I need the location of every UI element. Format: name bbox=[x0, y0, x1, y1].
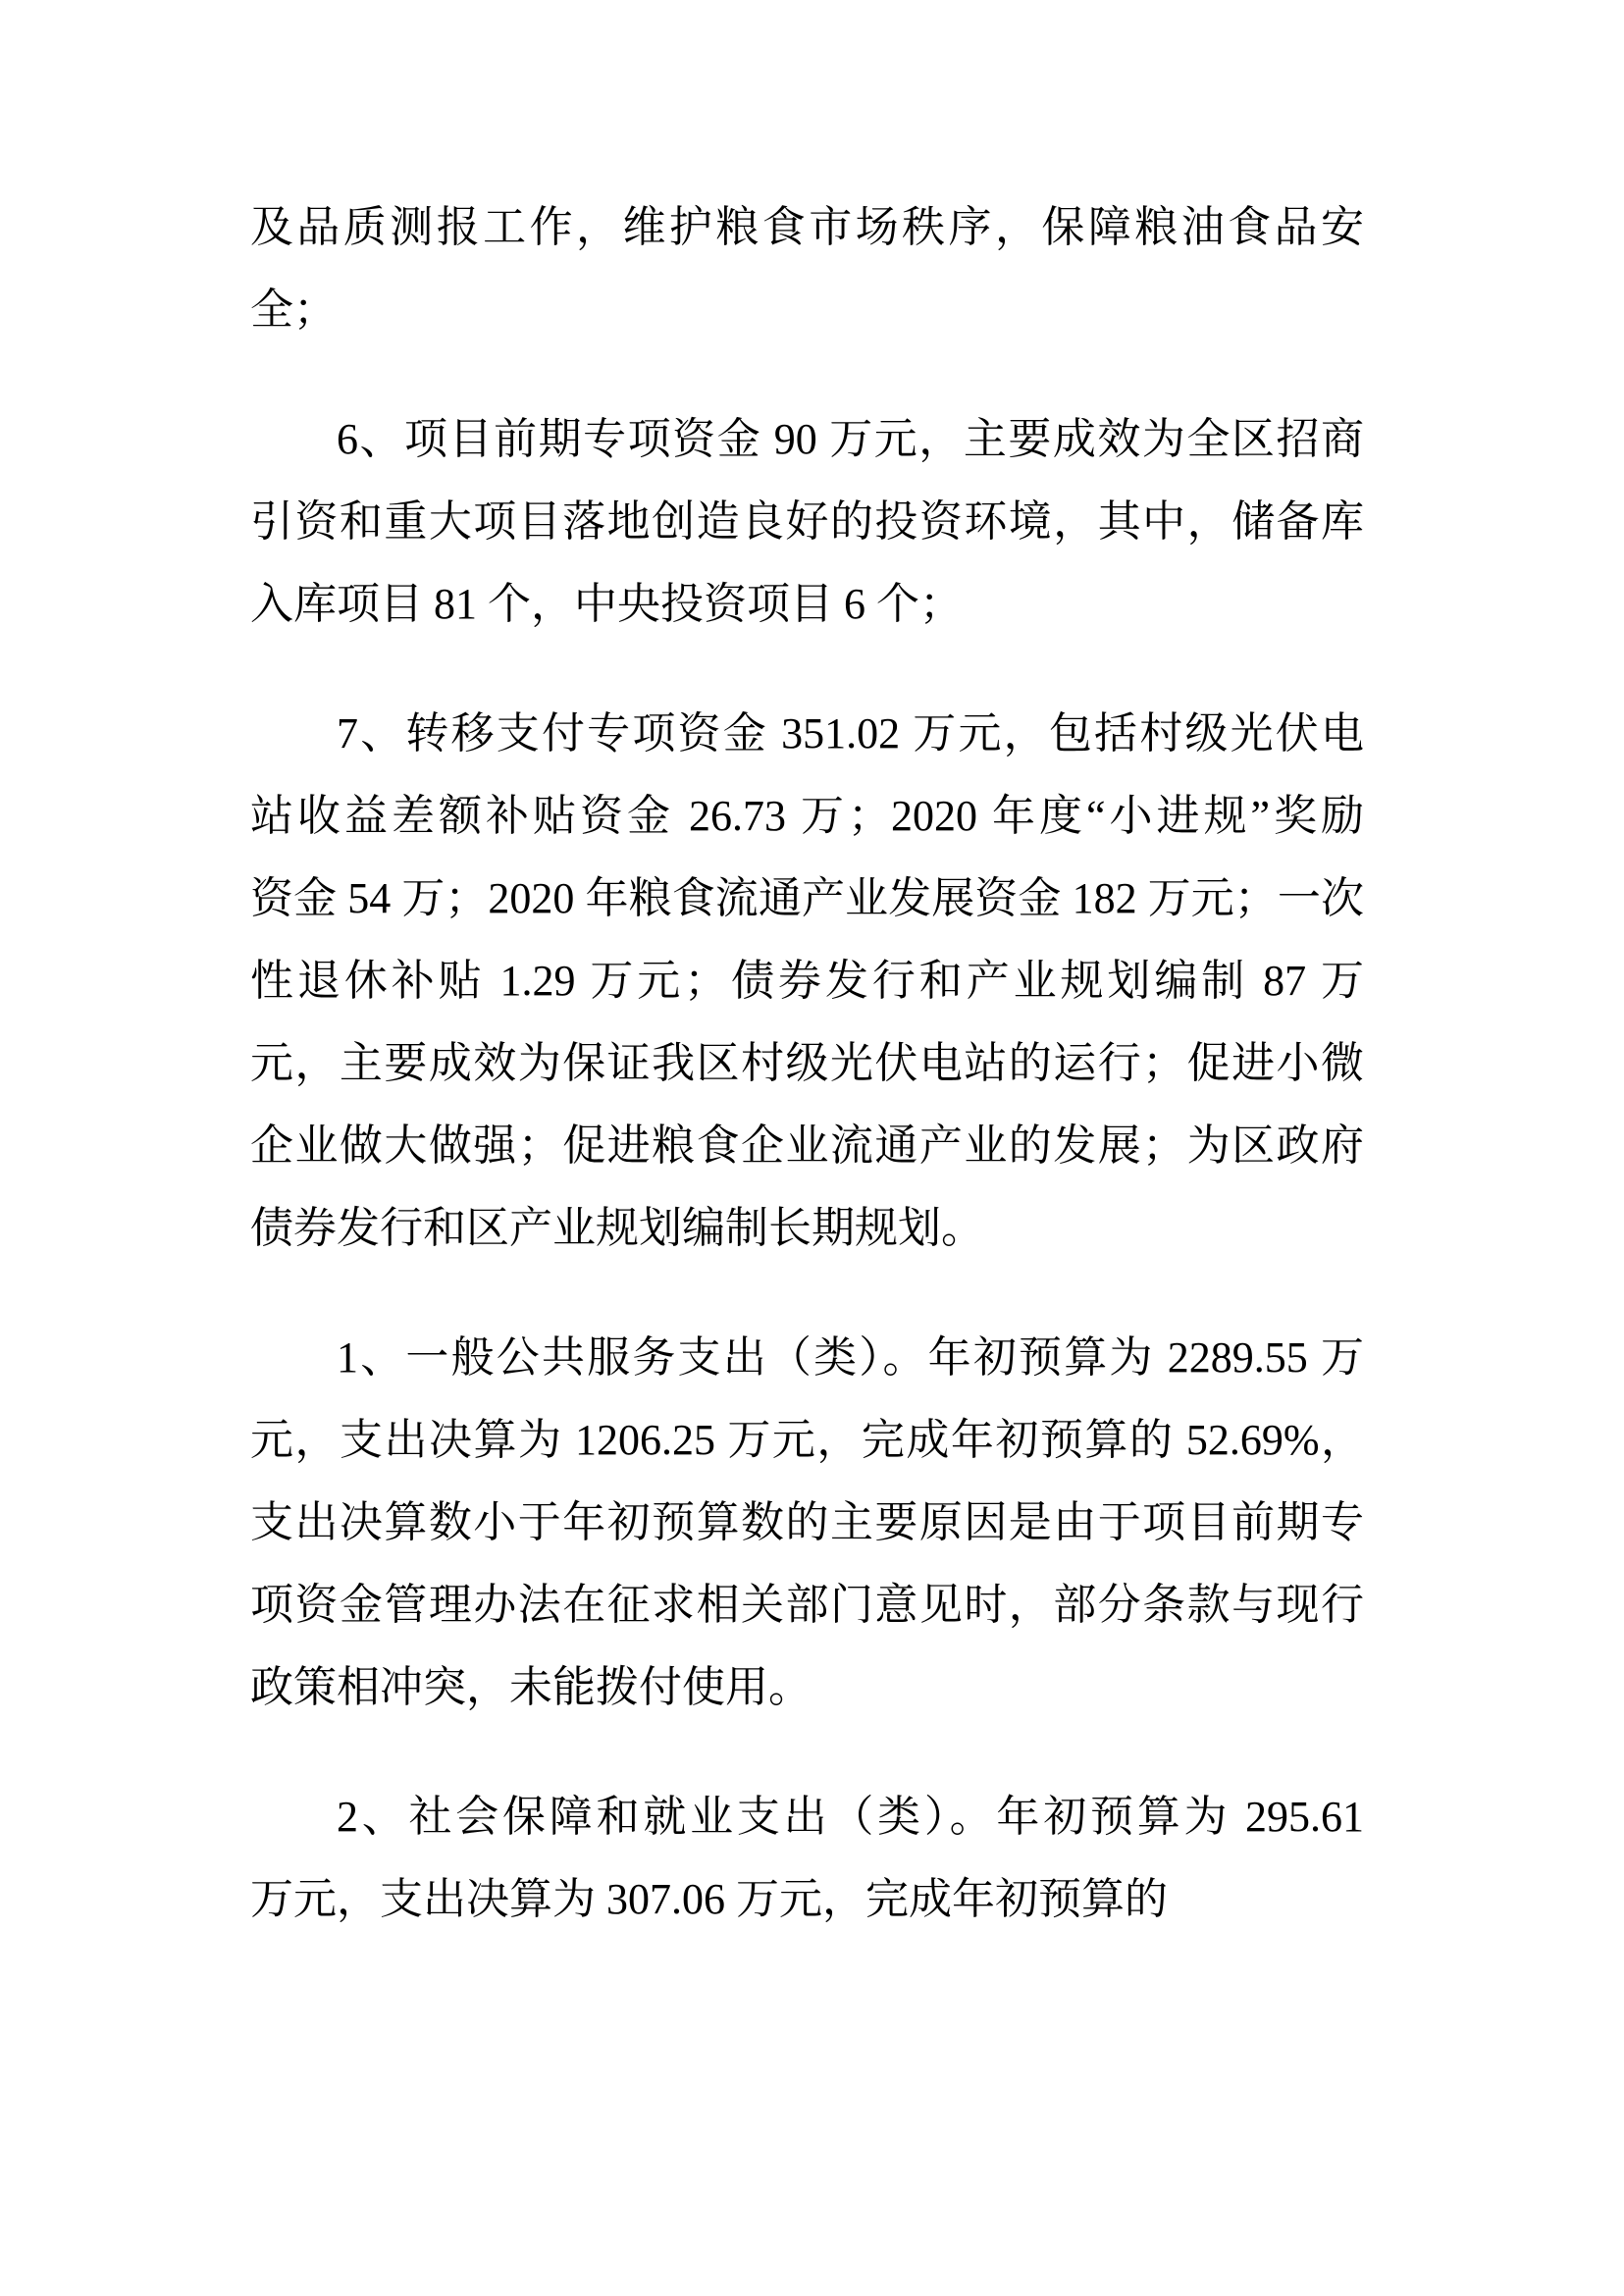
text-line: 7、转移支付专项资金 351.02 万元，包括村级光伏电 bbox=[250, 693, 1364, 775]
paragraph-item-6: 6、项目前期专项资金 90 万元，主要成效为全区招商 引资和重大项目落地创造良好… bbox=[250, 398, 1364, 646]
text-line: 支出决算数小于年初预算数的主要原因是由于项目前期专 bbox=[250, 1482, 1364, 1564]
text-line: 全； bbox=[250, 269, 1364, 351]
text-line: 1、一般公共服务支出（类）。年初预算为 2289.55 万 bbox=[250, 1317, 1364, 1399]
text-line: 性退休补贴 1.29 万元；债券发行和产业规划编制 87 万 bbox=[250, 940, 1364, 1022]
document-page: { "colors": { "text": "#000000", "page_b… bbox=[0, 0, 1624, 2296]
paragraph-item-7: 7、转移支付专项资金 351.02 万元，包括村级光伏电 站收益差额补贴资金 2… bbox=[250, 693, 1364, 1270]
text-line: 元，主要成效为保证我区村级光伏电站的运行；促进小微 bbox=[250, 1022, 1364, 1105]
paragraph-continuation: 及品质测报工作，维护粮食市场秩序，保障粮油食品安 全； bbox=[250, 186, 1364, 351]
paragraph-expense-item-1: 1、一般公共服务支出（类）。年初预算为 2289.55 万 元，支出决算为 12… bbox=[250, 1317, 1364, 1729]
paragraph-expense-item-2: 2、社会保障和就业支出（类）。年初预算为 295.61 万元，支出决算为 307… bbox=[250, 1776, 1364, 1941]
text-line: 项资金管理办法在征求相关部门意见时，部分条款与现行 bbox=[250, 1564, 1364, 1646]
text-line: 2、社会保障和就业支出（类）。年初预算为 295.61 bbox=[250, 1776, 1364, 1858]
text-line: 债券发行和区产业规划编制长期规划。 bbox=[250, 1187, 1364, 1270]
text-line: 站收益差额补贴资金 26.73 万；2020 年度“小进规”奖励 bbox=[250, 775, 1364, 858]
text-line: 引资和重大项目落地创造良好的投资环境，其中，储备库 bbox=[250, 481, 1364, 563]
text-line: 及品质测报工作，维护粮食市场秩序，保障粮油食品安 bbox=[250, 186, 1364, 269]
text-line: 入库项目 81 个，中央投资项目 6 个； bbox=[250, 563, 1364, 646]
text-line: 万元，支出决算为 307.06 万元，完成年初预算的 bbox=[250, 1858, 1364, 1941]
page-body: 及品质测报工作，维护粮食市场秩序，保障粮油食品安 全； 6、项目前期专项资金 9… bbox=[0, 0, 1624, 2296]
text-line: 企业做大做强；促进粮食企业流通产业的发展；为区政府 bbox=[250, 1105, 1364, 1187]
text-line: 政策相冲突，未能拨付使用。 bbox=[250, 1646, 1364, 1729]
text-line: 6、项目前期专项资金 90 万元，主要成效为全区招商 bbox=[250, 398, 1364, 481]
text-line: 元，支出决算为 1206.25 万元，完成年初预算的 52.69%， bbox=[250, 1399, 1364, 1482]
text-line: 资金 54 万；2020 年粮食流通产业发展资金 182 万元；一次 bbox=[250, 858, 1364, 940]
